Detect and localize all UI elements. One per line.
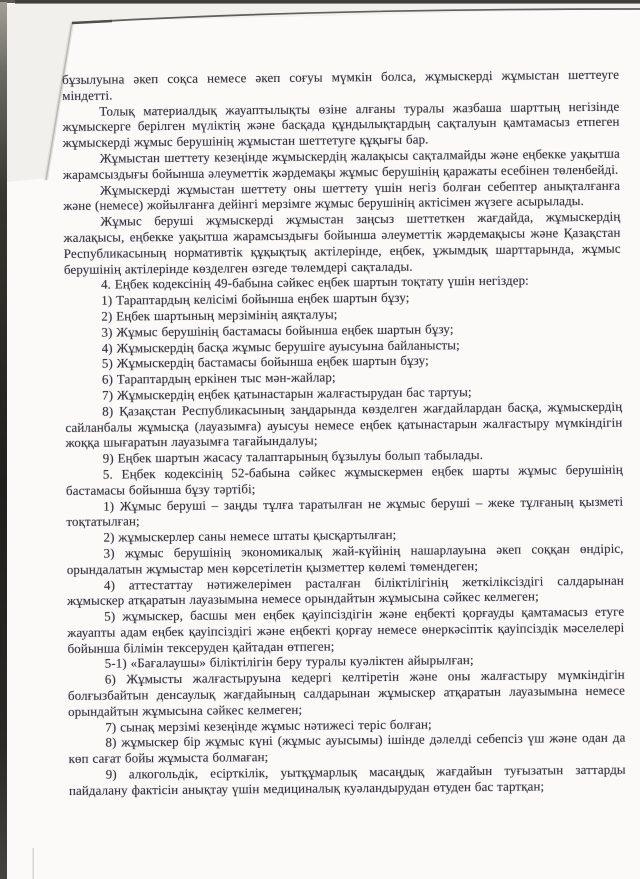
list-item: 3) жұмыс берушінің экономикалық жай-күйі… [67,541,624,578]
paragraph: Жұмыстан шеттету кезеңінде жұмыскердің ж… [63,146,620,183]
list-item: 6) Жұмысты жалғастыруына кедергі келтіре… [68,667,625,720]
paragraph: Толық материалдық жауаптылықты өзіне алғ… [62,98,619,151]
document-text: бұзылуына әкеп соқса немесе әкеп соғуы м… [62,67,626,799]
scanner-edge-top [0,0,640,3]
list-item: 9) алкогольдік, есірткілік, уытқұмарлық … [69,762,626,799]
page-top-edge [72,9,640,23]
paragraph: Жұмыскерді жұмыстан шеттету оны шеттету … [63,177,620,214]
scanner-edge-left [0,2,7,879]
page-top-edge-corner [72,21,112,23]
scanner-edge-top-dark [15,0,640,4]
paragraph: Жұмыс беруші жұмыскерді жұмыстан заңсыз … [63,209,621,278]
list-item: 8) Қазақстан Республикасының заңдарында … [65,398,622,451]
scanned-page: { "document": { "language": "Kazakh", "i… [0,0,640,879]
list-item: 5) жұмыскер, басшы мен еңбек қауіпсіздіг… [67,604,624,657]
bottom-left-mark [33,848,35,879]
